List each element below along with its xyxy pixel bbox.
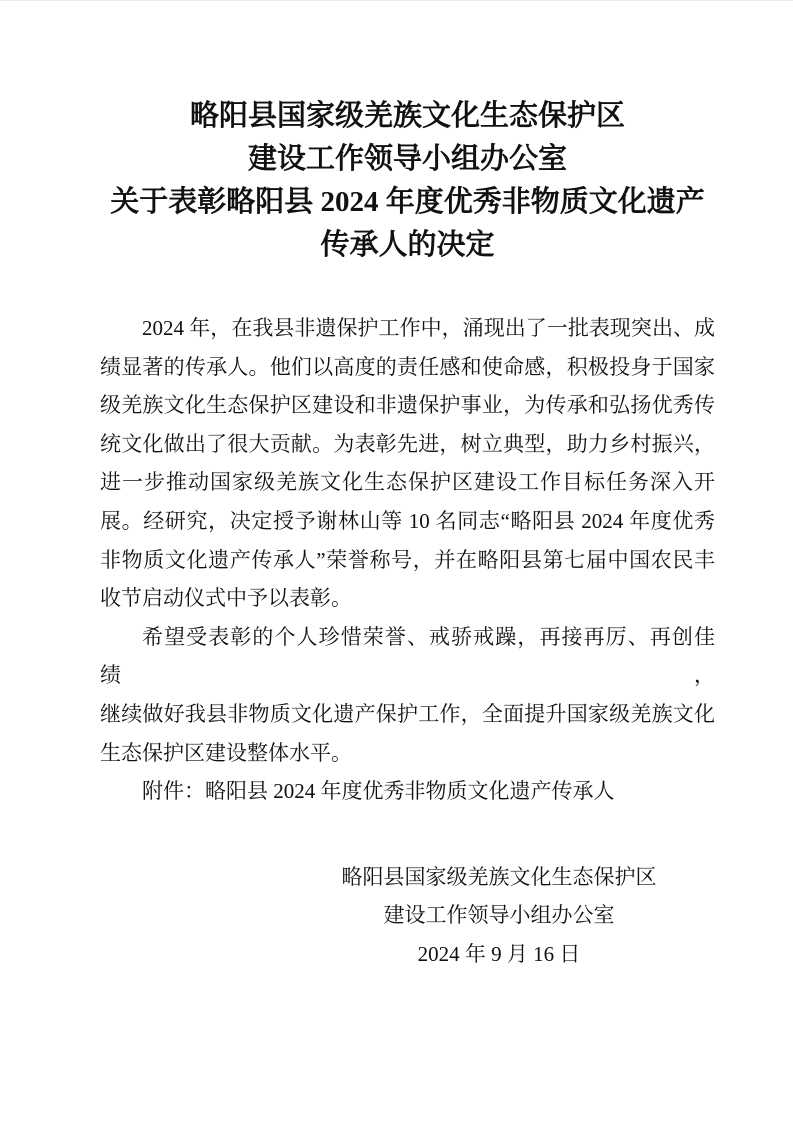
body-line: 收节启动仪式中予以表彰。 — [100, 579, 715, 618]
signature-line: 2024 年 9 月 16 日 — [334, 935, 664, 974]
paragraph-achievements: 2024 年，在我县非遗保护工作中，涌现出了一批表现突出、成绩显著的传承人。他们… — [100, 309, 715, 618]
body-line: 非物质文化遗产传承人”荣誉称号，并在略阳县第七届中国农民丰 — [100, 541, 715, 580]
body-line: 统文化做出了很大贡献。为表彰先进，树立典型，助力乡村振兴， — [100, 425, 715, 464]
body-line: 生态保护区建设整体水平。 — [100, 734, 715, 773]
signature-line: 略阳县国家级羌族文化生态保护区 — [334, 858, 664, 897]
title-line: 传承人的决定 — [100, 224, 715, 267]
document-title: 略阳县国家级羌族文化生态保护区建设工作领导小组办公室关于表彰略阳县 2024 年… — [100, 95, 715, 267]
title-line: 关于表彰略阳县 2024 年度优秀非物质文化遗产 — [100, 181, 715, 224]
document-content: 略阳县国家级羌族文化生态保护区建设工作领导小组办公室关于表彰略阳县 2024 年… — [0, 1, 793, 1122]
title-line: 建设工作领导小组办公室 — [100, 138, 715, 181]
body-line: 展。经研究，决定授予谢林山等 10 名同志“略阳县 2024 年度优秀 — [100, 502, 715, 541]
body-line: 希望受表彰的个人珍惜荣誉、戒骄戒躁，再接再厉、再创佳绩， — [100, 618, 715, 695]
attachment-line: 附件：略阳县 2024 年度优秀非物质文化遗产传承人 — [100, 772, 715, 811]
body-line: 进一步推动国家级羌族文化生态保护区建设工作目标任务深入开 — [100, 463, 715, 502]
body-line: 继续做好我县非物质文化遗产保护工作，全面提升国家级羌族文化 — [100, 695, 715, 734]
title-line: 略阳县国家级羌族文化生态保护区 — [100, 95, 715, 138]
signature-block: 略阳县国家级羌族文化生态保护区建设工作领导小组办公室2024 年 9 月 16 … — [334, 858, 664, 974]
body-line: 级羌族文化生态保护区建设和非遗保护事业，为传承和弘扬优秀传 — [100, 386, 715, 425]
body-line: 2024 年，在我县非遗保护工作中，涌现出了一批表现突出、成 — [100, 309, 715, 348]
document-body: 2024 年，在我县非遗保护工作中，涌现出了一批表现突出、成绩显著的传承人。他们… — [100, 309, 715, 974]
signature-line: 建设工作领导小组办公室 — [334, 896, 664, 935]
body-line: 绩显著的传承人。他们以高度的责任感和使命感，积极投身于国家 — [100, 348, 715, 387]
paragraph-expectations: 希望受表彰的个人珍惜荣誉、戒骄戒躁，再接再厉、再创佳绩，继续做好我县非物质文化遗… — [100, 618, 715, 772]
document-page: 略阳县国家级羌族文化生态保护区建设工作领导小组办公室关于表彰略阳县 2024 年… — [0, 0, 793, 1122]
